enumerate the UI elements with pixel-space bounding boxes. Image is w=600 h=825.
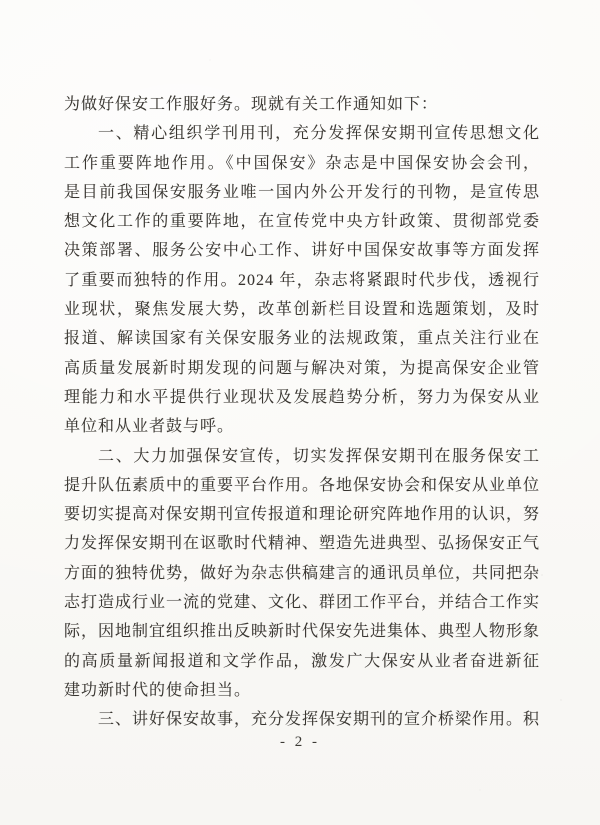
text-line: 方面的独特优势，做好为杂志供稿建言的通讯员单位，共同把杂 <box>64 559 540 588</box>
text-line: 为做好保安工作服好务。现就有关工作通知如下： <box>64 90 540 119</box>
text-line-section-3-heading: 三、讲好保安故事，充分发挥保安期刊的宣介桥梁作用。积 <box>64 705 540 734</box>
text-line: 想文化工作的重要阵地，在宣传党中央方针政策、贯彻部党委 <box>64 207 540 236</box>
text-line: 了重要而独特的作用。2024 年，杂志将紧跟时代步伐，透视行 <box>64 266 540 295</box>
text-line: 的高质量新闻报道和文学作品，激发广大保安从业者奋进新征程、 <box>64 647 540 676</box>
text-line: 要切实提高对保安期刊宣传报道和理论研究阵地作用的认识，努 <box>64 500 540 529</box>
text-line: 业现状，聚焦发展大势，改革创新栏目设置和选题策划，及时 <box>64 295 540 324</box>
text-line-paragraph-end: 建功新时代的使命担当。 <box>64 676 540 705</box>
text-line: 提升队伍素质中的重要平台作用。各地保安协会和保安从业单位 <box>64 471 540 500</box>
text-line-section-1-heading: 一、精心组织学刊用刊，充分发挥保安期刊宣传思想文化 <box>64 119 540 148</box>
page-number: - 2 - <box>0 734 600 751</box>
text-line-paragraph-end: 单位和从业者鼓与呼。 <box>64 412 540 441</box>
text-line: 际，因地制宜组织推出反映新时代保安先进集体、典型人物形象 <box>64 617 540 646</box>
text-line: 理能力和水平提供行业现状及发展趋势分析，努力为保安从业 <box>64 383 540 412</box>
text-line: 志打造成行业一流的党建、文化、群团工作平台，并结合工作实 <box>64 588 540 617</box>
text-line: 高质量发展新时期发现的问题与解决对策，为提高保安企业管 <box>64 354 540 383</box>
text-line: 工作重要阵地作用。《中国保安》杂志是中国保安协会会刊， <box>64 149 540 178</box>
body-text: 为做好保安工作服好务。现就有关工作通知如下： 一、精心组织学刊用刊，充分发挥保安… <box>64 90 540 735</box>
text-line: 力发挥保安期刊在讴歌时代精神、塑造先进典型、弘扬保安正气 <box>64 529 540 558</box>
scanned-document-page: 为做好保安工作服好务。现就有关工作通知如下： 一、精心组织学刊用刊，充分发挥保安… <box>0 0 600 825</box>
text-line: 是目前我国保安服务业唯一国内外公开发行的刊物，是宣传思 <box>64 178 540 207</box>
text-line: 决策部署、服务公安中心工作、讲好中国保安故事等方面发挥 <box>64 236 540 265</box>
text-line-section-2-heading: 二、大力加强保安宣传，切实发挥保安期刊在服务保安工作、 <box>64 442 540 471</box>
text-line: 报道、解读国家有关保安服务业的法规政策，重点关注行业在 <box>64 324 540 353</box>
